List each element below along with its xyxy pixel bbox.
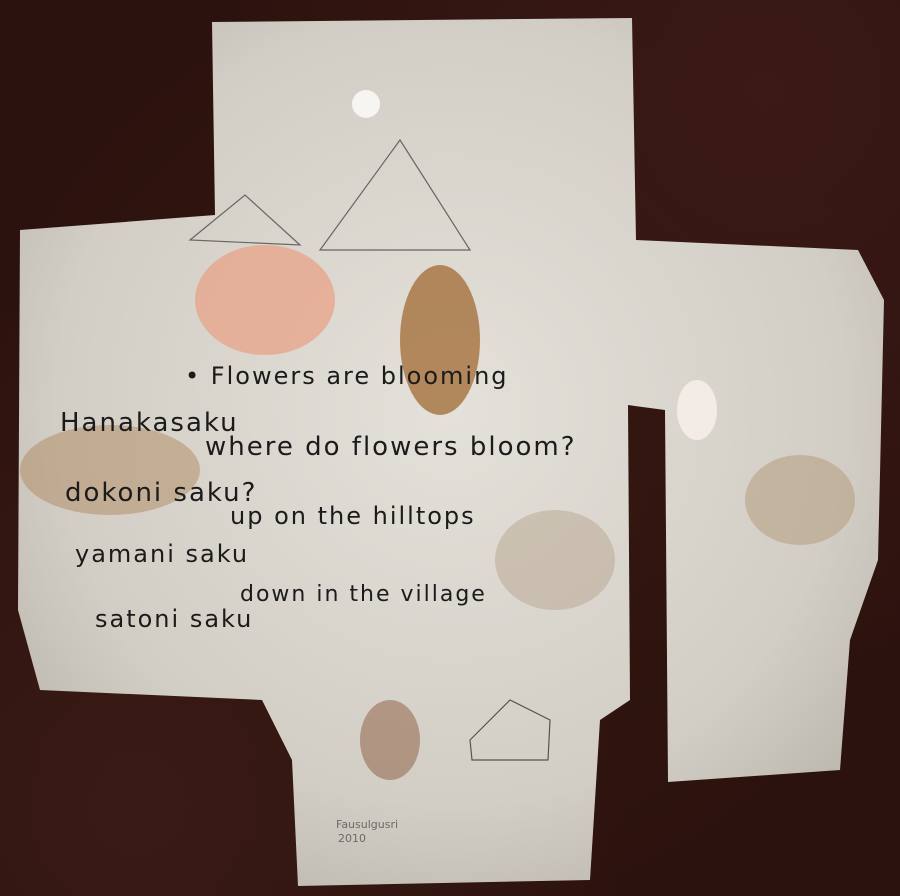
signature-year: 2010	[338, 832, 366, 845]
text-line: dokoni saku?	[65, 478, 257, 508]
signature: Fausulgusri	[336, 818, 398, 831]
text-line: where do flowers bloom?	[205, 432, 577, 462]
text-line: down in the village	[240, 582, 487, 607]
text-line: satoni saku	[95, 605, 253, 633]
painting: • Flowers are blooming Hanakasaku where …	[0, 0, 900, 896]
text-line: • Flowers are blooming	[185, 362, 509, 390]
text-line: yamani saku	[75, 540, 249, 568]
text-line: up on the hilltops	[230, 502, 476, 530]
